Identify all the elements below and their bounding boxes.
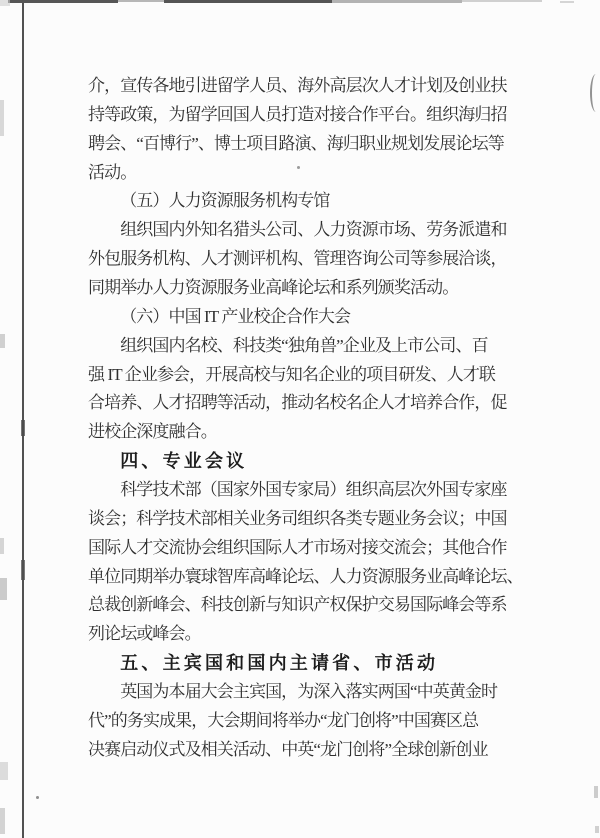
text-line: 活动。 bbox=[88, 159, 508, 188]
scan-vertical-line-artifact bbox=[22, 0, 24, 838]
text-line: 进校企深度融合。 bbox=[88, 418, 508, 447]
text-line: 强 IT 企业参会，开展高校与知名企业的项目研发、人才联 bbox=[88, 361, 508, 390]
scan-top-edge-artifact bbox=[164, 0, 332, 3]
scan-left-edge-speckle-artifact bbox=[0, 762, 8, 780]
text-line: 外包服务机构、人才测评机构、管理咨询公司等参展洽谈， bbox=[88, 245, 508, 274]
scan-right-edge-speckle-artifact bbox=[594, 786, 598, 798]
scan-left-edge-speckle-artifact bbox=[0, 538, 4, 554]
text-line: 科学技术部（国家外国专家局）组织高层次外国专家座 bbox=[88, 476, 508, 505]
text-line: 单位同期举办寰球智库高峰论坛、人力资源服务业高峰论坛、 bbox=[88, 563, 508, 592]
text-line: 合培养、人才招聘等活动，推动名校名企人才培养合作，促 bbox=[88, 389, 508, 418]
scan-corner-smudge-artifact bbox=[0, 0, 10, 6]
text-line: 国际人才交流协会组织国际人才市场对接交流会；其他合作 bbox=[88, 534, 508, 563]
text-line: 同期举办人力资源服务业高峰论坛和系列颁奖活动。 bbox=[88, 274, 508, 303]
text-line: 介，宣传各地引进留学人员、海外高层次人才计划及创业扶 bbox=[88, 72, 508, 101]
text-line: （六）中国 IT 产业校企合作大会 bbox=[88, 303, 508, 332]
text-line: 代”的务实成果，大会期间将举办“龙门创将”中国赛区总 bbox=[88, 707, 508, 736]
scan-right-edge-speckle-artifact bbox=[595, 826, 599, 833]
text-line: 组织国内外知名猎头公司、人力资源市场、劳务派遣和 bbox=[88, 216, 508, 245]
scan-left-edge-speckle-artifact bbox=[0, 100, 4, 136]
text-line: 决赛启动仪式及相关活动、中英“龙门创将”全球创新创业 bbox=[88, 736, 508, 765]
scan-right-edge-arc-artifact bbox=[590, 74, 600, 112]
text-line: 聘会、“百博行”、博士项目路演、海归职业规划发展论坛等 bbox=[88, 130, 508, 159]
text-line: 持等政策，为留学回国人员打造对接合作平台。组织海归招 bbox=[88, 101, 508, 130]
text-line: 组织国内名校、科技类“独角兽”企业及上市公司、百 bbox=[88, 332, 508, 361]
scan-line-blob-artifact bbox=[21, 420, 25, 436]
scan-top-edge-artifact bbox=[118, 0, 164, 2]
scan-top-edge-artifact bbox=[8, 0, 118, 3]
text-line: 总裁创新峰会、科技创新与知识产权保护交易国际峰会等系 bbox=[88, 591, 508, 620]
scan-left-edge-speckle-artifact bbox=[0, 334, 5, 348]
scan-left-edge-speckle-artifact bbox=[0, 578, 7, 600]
scan-top-edge-artifact bbox=[560, 1, 574, 3]
document-text-block: 介，宣传各地引进留学人员、海外高层次人才计划及创业扶持等政策，为留学回国人员打造… bbox=[88, 72, 508, 765]
section-heading: 四、专业会议 bbox=[88, 447, 508, 476]
scan-top-edge-artifact bbox=[462, 0, 542, 2]
text-line: 列论坛或峰会。 bbox=[88, 620, 508, 649]
text-line: 谈会；科学技术部相关业务司组织各类专题业务会议；中国 bbox=[88, 505, 508, 534]
scanned-document-page: 介，宣传各地引进留学人员、海外高层次人才计划及创业扶持等政策，为留学回国人员打造… bbox=[0, 0, 600, 838]
text-line: 英国为本届大会主宾国，为深入落实两国“中英黄金时 bbox=[88, 678, 508, 707]
section-heading: 五、主宾国和国内主请省、市活动 bbox=[88, 649, 508, 678]
scan-left-edge-speckle-artifact bbox=[0, 808, 5, 834]
scan-line-blob-artifact bbox=[21, 560, 25, 580]
text-line: （五）人力资源服务机构专馆 bbox=[88, 187, 508, 216]
scan-speck-artifact bbox=[36, 796, 39, 799]
scan-top-edge-artifact bbox=[332, 0, 462, 3]
